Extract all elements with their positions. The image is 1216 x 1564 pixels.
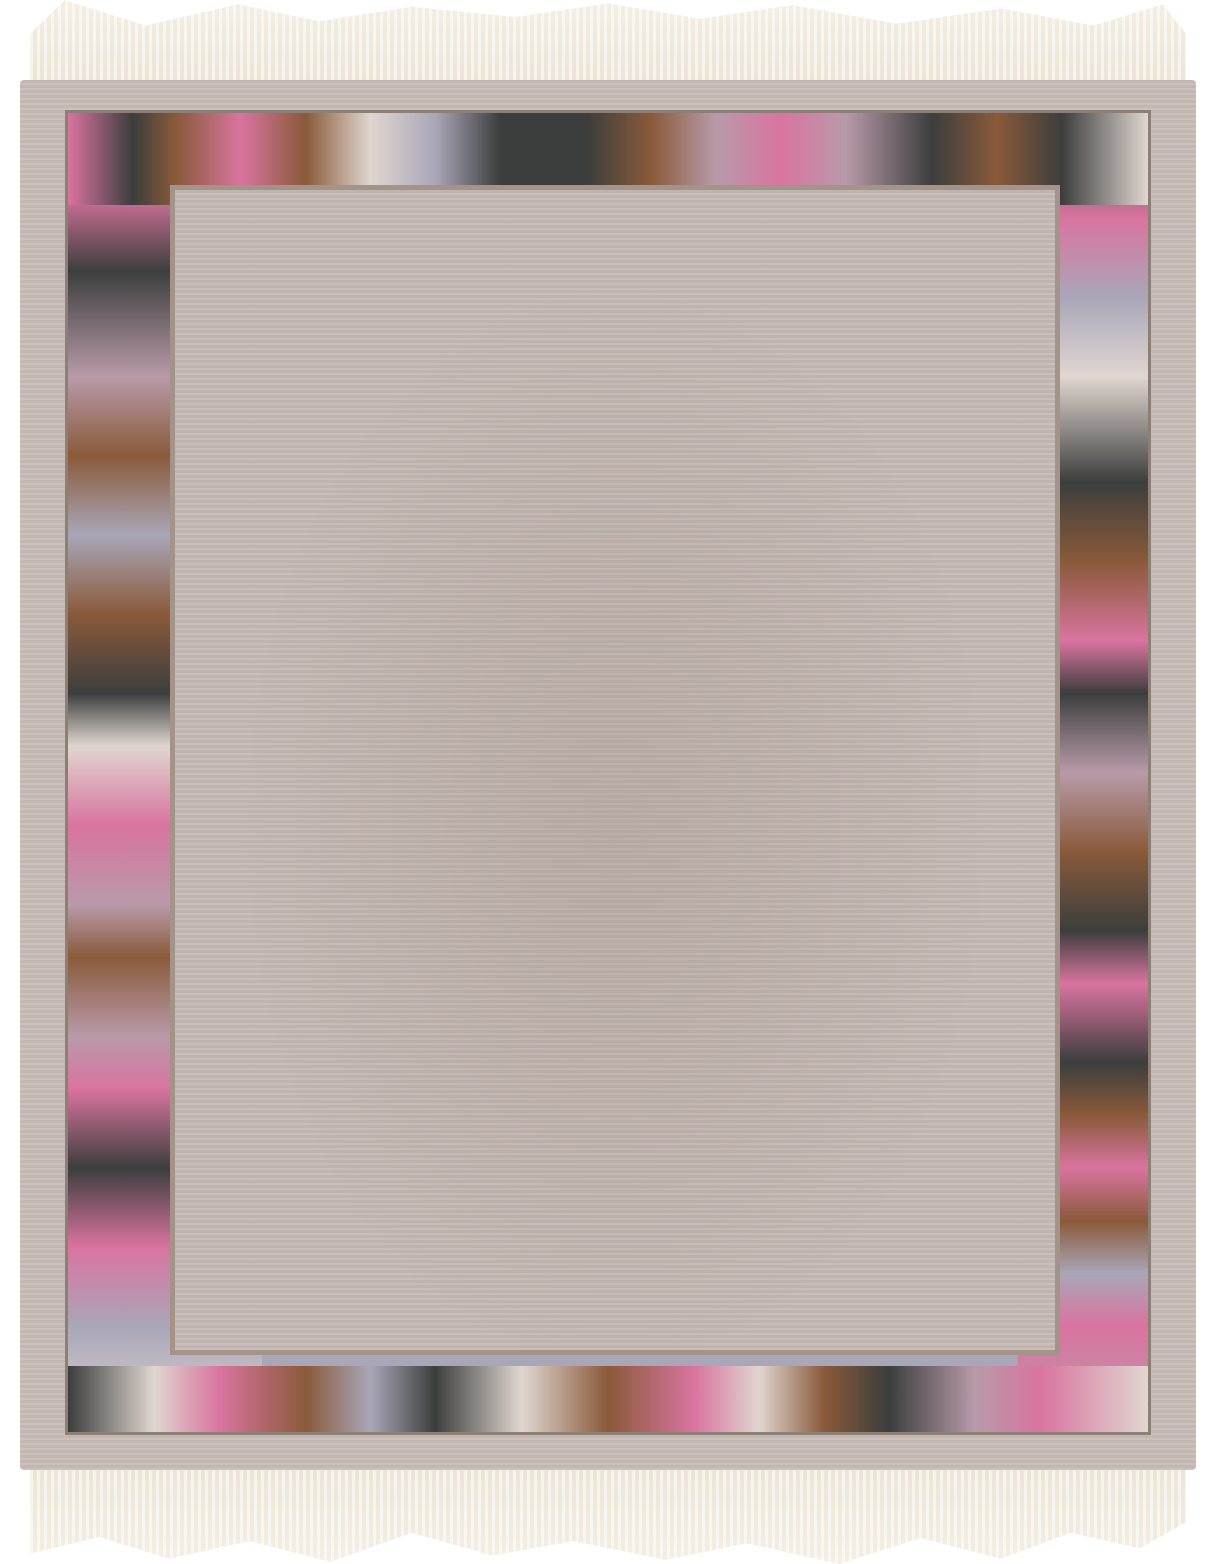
rug-photo — [0, 0, 1216, 1564]
bottom-border-pattern — [68, 1366, 1148, 1432]
rug-body — [20, 80, 1196, 1470]
top-fringe — [30, 0, 1186, 85]
bottom-fringe — [30, 1460, 1186, 1564]
plain-field — [170, 185, 1060, 1355]
